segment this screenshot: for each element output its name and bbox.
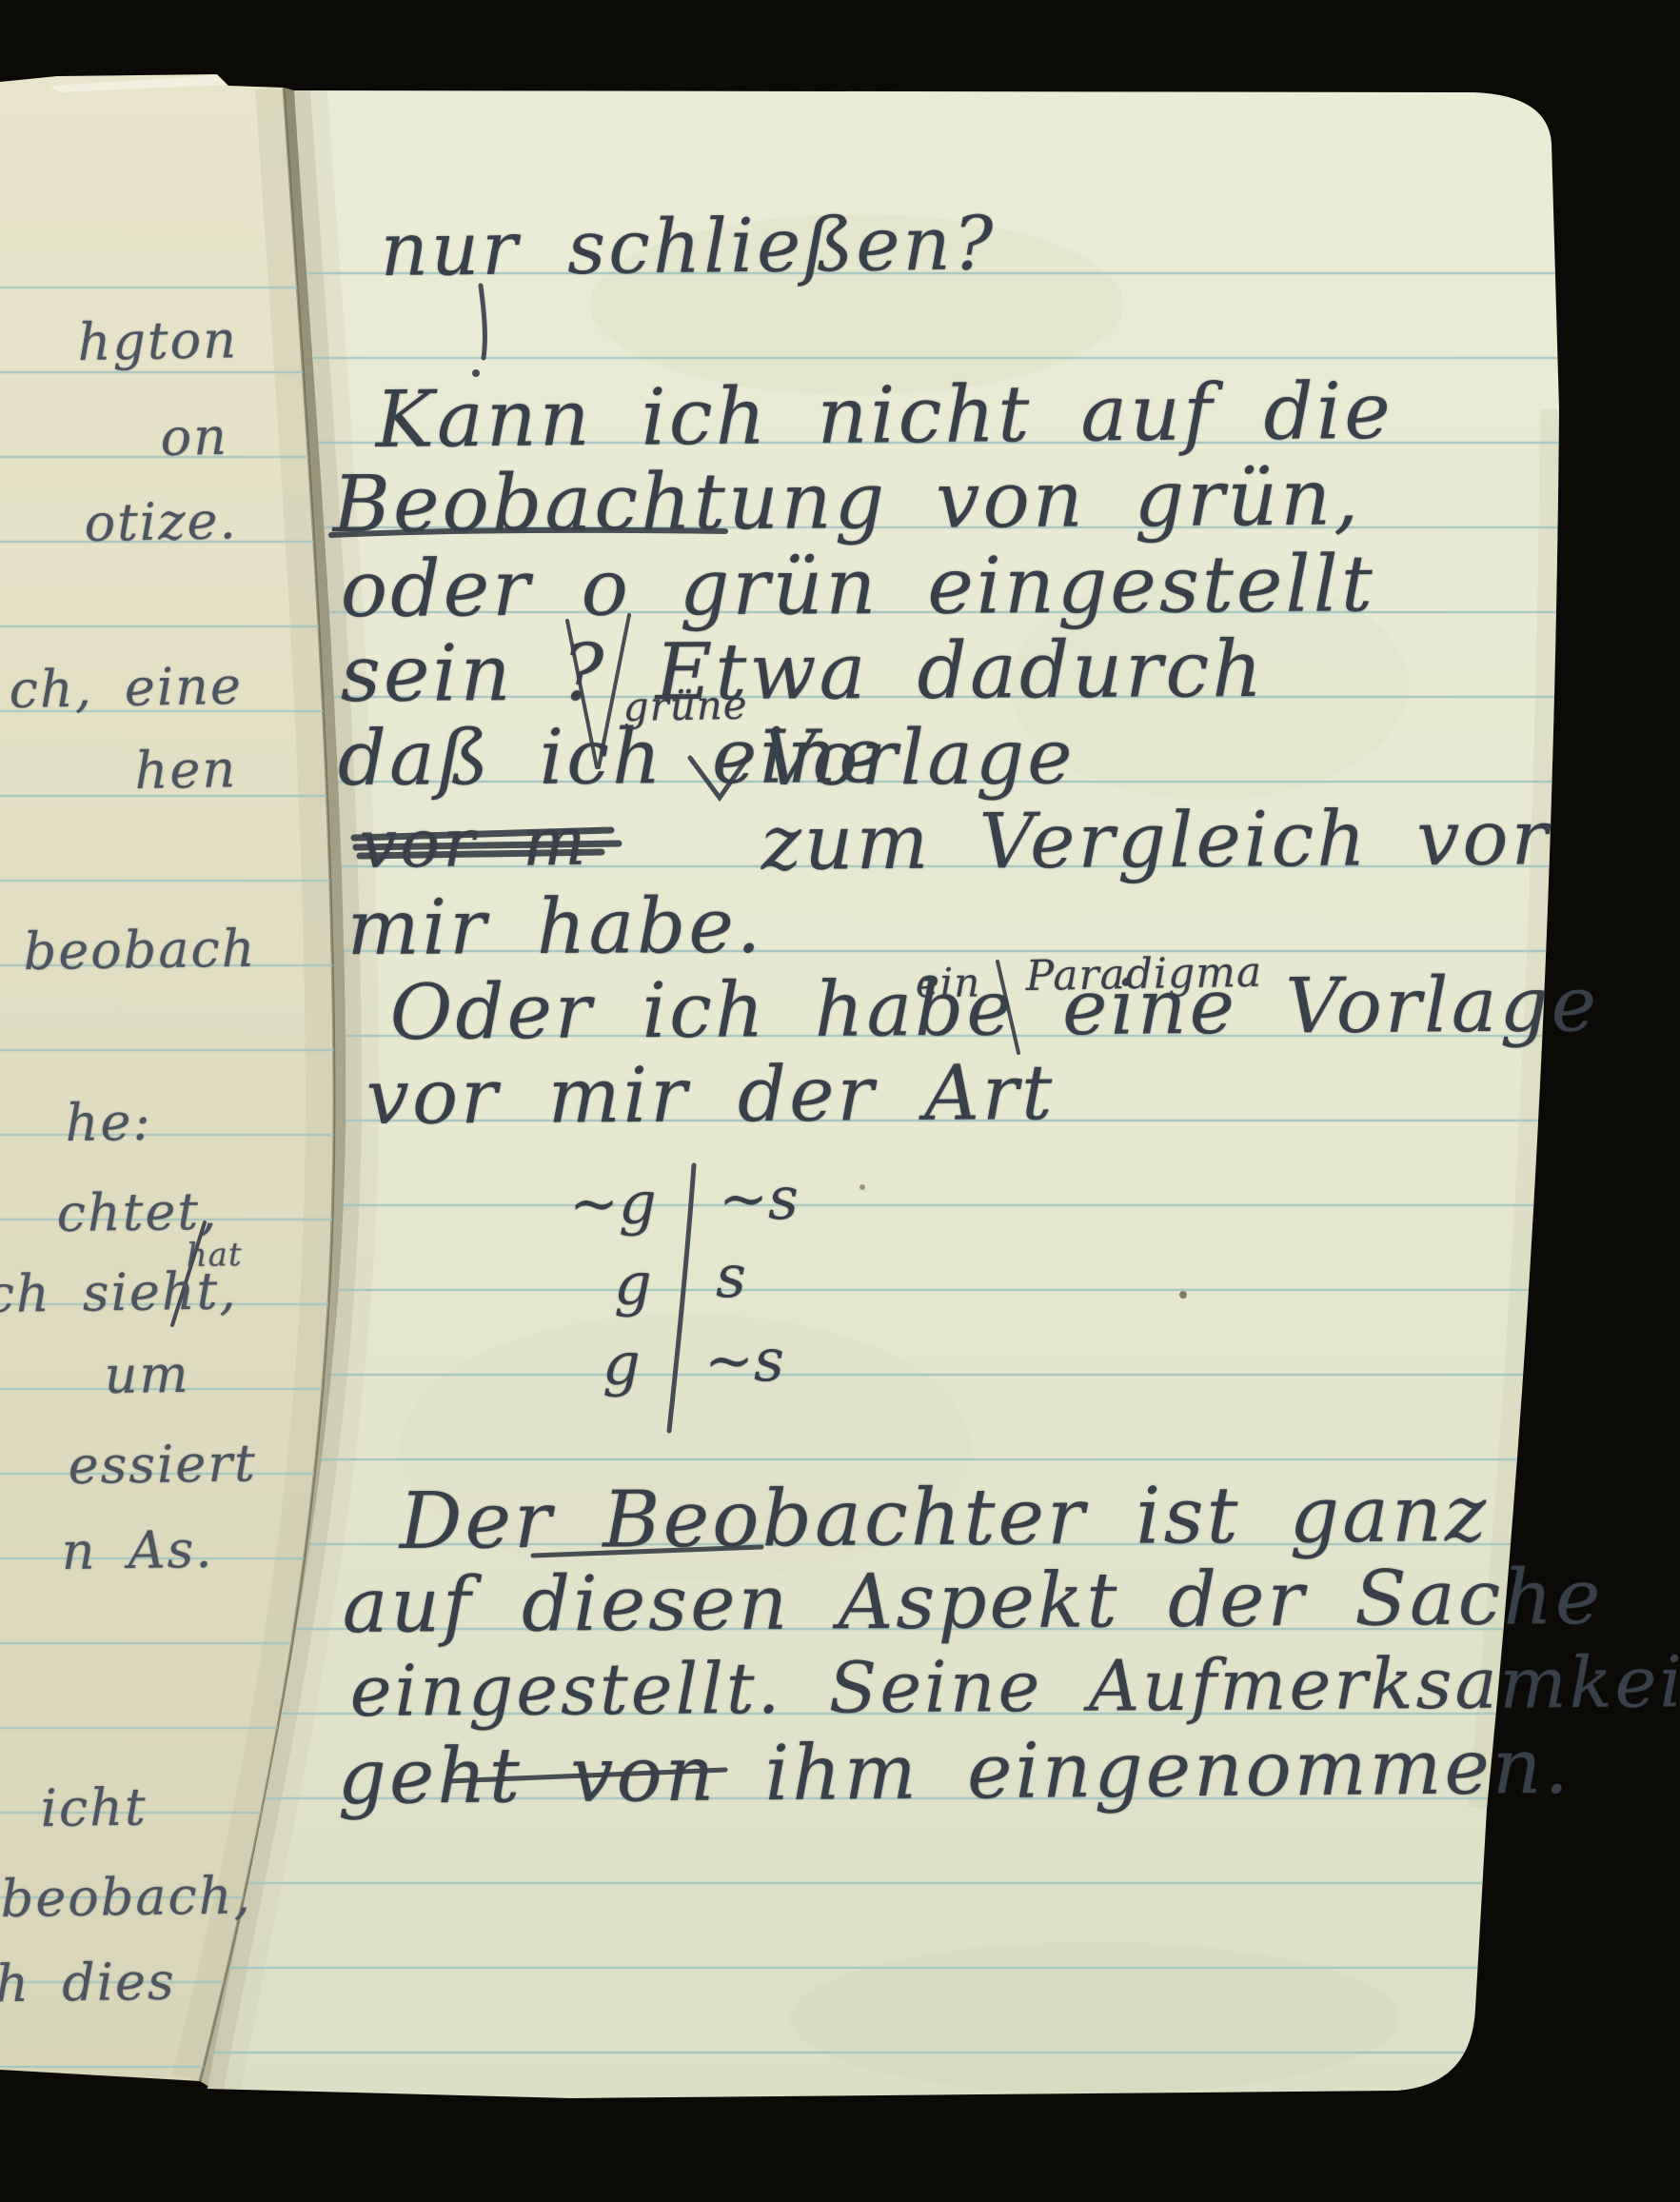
handwriting-fragment: chtet, bbox=[57, 1186, 219, 1240]
notation-cell: ~s bbox=[704, 1331, 784, 1390]
handwriting-fragment: icht bbox=[40, 1781, 148, 1835]
handwriting-line: sein ? Etwa dadurch bbox=[341, 631, 1266, 714]
handwriting-line: Kann ich nicht auf die bbox=[375, 373, 1393, 460]
handwriting-line: Der Beobachter ist ganz bbox=[399, 1476, 1489, 1561]
handwriting-fragment: um bbox=[104, 1349, 190, 1401]
manuscript-scan: nur schließen? Kann ich nicht auf die Be… bbox=[0, 0, 1680, 2202]
handwriting-line: Oder ich habe eine Vorlage bbox=[389, 966, 1599, 1051]
handwriting-line: auf diesen Aspekt der Sache bbox=[342, 1559, 1603, 1644]
handwriting-line: zum Vergleich vor bbox=[761, 800, 1551, 882]
handwriting-fragment: hgton bbox=[77, 314, 238, 368]
handwriting-fragment: hen bbox=[135, 744, 238, 797]
notation-cell: ~g bbox=[569, 1174, 657, 1233]
notation-cell: g bbox=[614, 1255, 652, 1314]
handwriting-fragment: he: bbox=[65, 1097, 152, 1149]
handwriting-line: mir habe. bbox=[347, 888, 764, 966]
handwriting-fragment: ch, eine bbox=[9, 661, 243, 716]
handwriting-fragment: ich dies bbox=[0, 1956, 176, 2011]
handwriting-line: Vorlage bbox=[761, 719, 1076, 797]
handwriting-line: nur schließen? bbox=[380, 207, 997, 288]
notation-cell: g bbox=[603, 1335, 641, 1394]
handwriting-line: eingestellt. Seine Aufmerksamkeit bbox=[349, 1647, 1680, 1727]
notation-cell: s bbox=[716, 1247, 746, 1306]
handwriting-fragment: on bbox=[160, 411, 228, 464]
handwriting-fragment: hat bbox=[187, 1239, 243, 1272]
handwriting-fragment: essiert bbox=[68, 1438, 257, 1492]
notation-cell: ~s bbox=[719, 1169, 799, 1228]
handwriting-line: Beobachtung von grün, bbox=[332, 459, 1361, 545]
handwriting-line: geht von ihm eingenommen. bbox=[337, 1729, 1571, 1815]
handwriting-fragment: n As. bbox=[61, 1524, 214, 1577]
superscript-insertion: grüne bbox=[623, 685, 748, 727]
handwriting-fragment: beobach, bbox=[0, 1870, 252, 1925]
struck-word: vor m bbox=[359, 808, 589, 878]
handwriting-line: oder o grün eingestellt bbox=[341, 546, 1375, 629]
handwriting-line: vor mir der Art bbox=[366, 1055, 1055, 1136]
handwriting-fragment: beobach bbox=[23, 923, 257, 978]
handwriting-fragment: otize. bbox=[84, 495, 238, 549]
